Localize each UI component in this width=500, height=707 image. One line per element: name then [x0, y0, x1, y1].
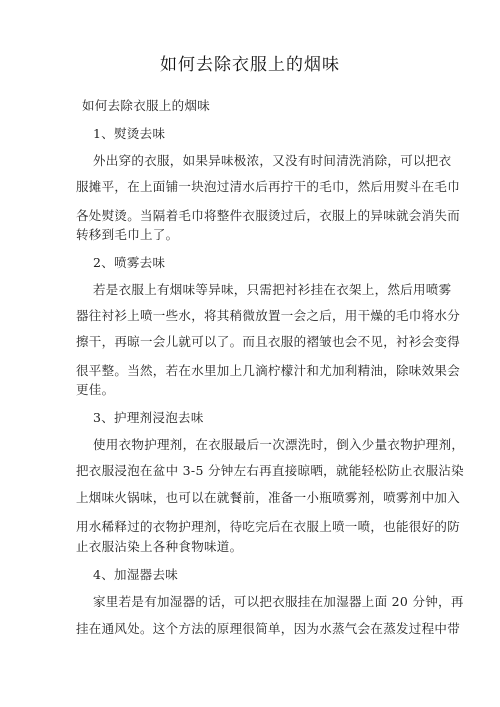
section-heading-1: 1、熨烫去味 [93, 124, 165, 142]
document-title: 如何去除衣服上的烟味 [0, 50, 500, 75]
paragraph-line: 家里若是有加湿器的话，可以把衣服挂在加湿器上面 20 分钟，再 [93, 592, 464, 610]
paragraph-line: 更佳。 [76, 380, 114, 398]
paragraph-line: 很平整。当然，若在水里加上几滴柠檬汁和尤加利精油，除味效果会 [76, 361, 460, 379]
paragraph-line: 把衣服浸泡在盆中 3-5 分钟左右再直接晾晒，就能轻松防止衣服沾染 [76, 461, 464, 479]
paragraph-line: 器往衬衫上喷一些水，将其稍微放置一会之后，用干燥的毛巾将水分 [76, 306, 460, 324]
section-heading-4: 4、加湿器去味 [93, 565, 178, 583]
paragraph-line: 转移到毛巾上了。 [76, 225, 178, 243]
paragraph-line: 服摊平，在上面铺一块泡过清水后再拧干的毛巾，然后用熨斗在毛巾 [76, 177, 460, 195]
paragraph-line: 止衣服沾染上各种食物味道。 [76, 537, 242, 555]
section-heading-3: 3、护理剂浸泡去味 [93, 408, 204, 426]
paragraph-line: 用水稀释过的衣物护理剂，待吃完后在衣服上喷一喷，也能很好的防 [76, 517, 460, 535]
document-subtitle: 如何去除衣服上的烟味 [82, 96, 210, 114]
paragraph-line: 各处熨烫。当隔着毛巾将整件衣服烫过后，衣服上的异味就会消失而 [76, 206, 460, 224]
paragraph-line: 擦干，再晾一会儿就可以了。而且衣服的褶皱也会不见，衬衫会变得 [76, 332, 460, 350]
paragraph-line: 若是衣服上有烟味等异味，只需把衬衫挂在衣架上，然后用喷雾 [93, 280, 451, 298]
document-page: 如何去除衣服上的烟味 如何去除衣服上的烟味 1、熨烫去味 外出穿的衣服，如果异味… [0, 0, 500, 707]
paragraph-line: 上烟味火锅味，也可以在就餐前，准备一小瓶喷雾剂，喷雾剂中加入 [76, 488, 460, 506]
paragraph-line: 外出穿的衣服，如果异味极浓，又没有时间清洗消除，可以把衣 [93, 151, 451, 169]
paragraph-line: 使用衣物护理剂，在衣服最后一次漂洗时，倒入少量衣物护理剂， [93, 435, 464, 453]
section-heading-2: 2、喷雾去味 [93, 253, 165, 271]
paragraph-line: 挂在通风处。这个方法的原理很简单，因为水蒸气会在蒸发过程中带 [76, 619, 460, 637]
